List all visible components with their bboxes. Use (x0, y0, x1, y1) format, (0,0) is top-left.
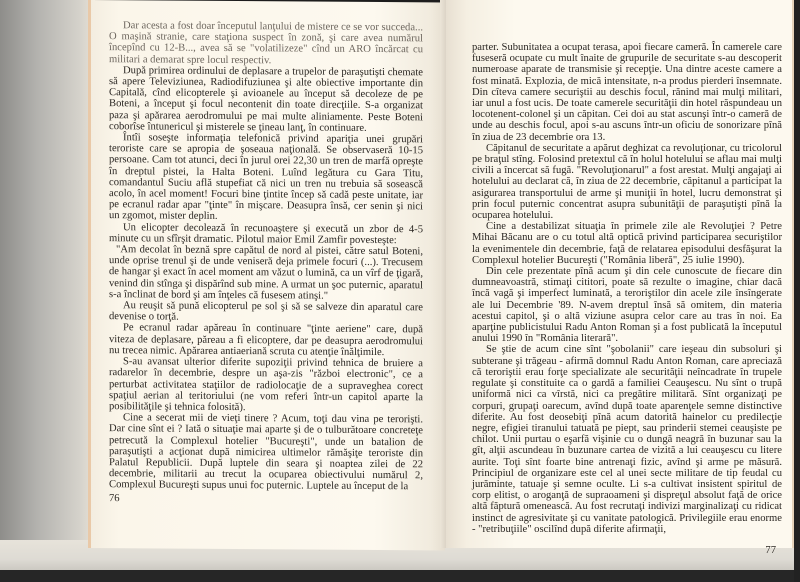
right-page: parter. Subunitatea a ocupat terasa, apo… (446, 0, 794, 548)
quote-paragraph: "Am decolat în beznă spre capătul de nor… (109, 244, 423, 302)
page-number-left: 76 (109, 493, 423, 506)
paragraph: Au reuşit să pună elicopterul pe sol şi … (109, 300, 423, 325)
paragraph: Întîi soseşte informaţia telefonică priv… (109, 132, 423, 224)
paragraph: Din cele prezentate pînă acum şi din cel… (472, 266, 782, 344)
paragraph: Cine a destabilizat situaţia în primele … (472, 221, 782, 266)
scanner-shadow-left (0, 0, 95, 582)
paragraph: parter. Subunitatea a ocupat terasa, apo… (472, 42, 782, 143)
page-number-right: 77 (472, 545, 782, 556)
paragraph: Căpitanul de securitate a apărut deghiza… (472, 143, 782, 221)
paragraph: S-au avansat ulterior diferite supoziţii… (109, 356, 423, 414)
paragraph: Dar acesta a fost doar începutul lanţulu… (109, 20, 423, 67)
scanner-background-right (794, 0, 800, 582)
left-page: Dar acesta a fost doar începutul lanţulu… (88, 0, 445, 550)
paragraph: După primirea ordinului de deplasare a t… (109, 65, 423, 134)
paragraph: Pe ecranul radar apăreau în continuare "… (109, 323, 423, 359)
paragraph: Cine a secerat mii de vieţi tinere ? Acu… (109, 412, 423, 493)
paragraph: Un elicopter decolează în recunoaştere ş… (109, 222, 423, 247)
paragraph: Se ştie de acum cine sînt "şobolanii" ca… (472, 344, 782, 534)
scanner-background-bottom (0, 570, 800, 582)
